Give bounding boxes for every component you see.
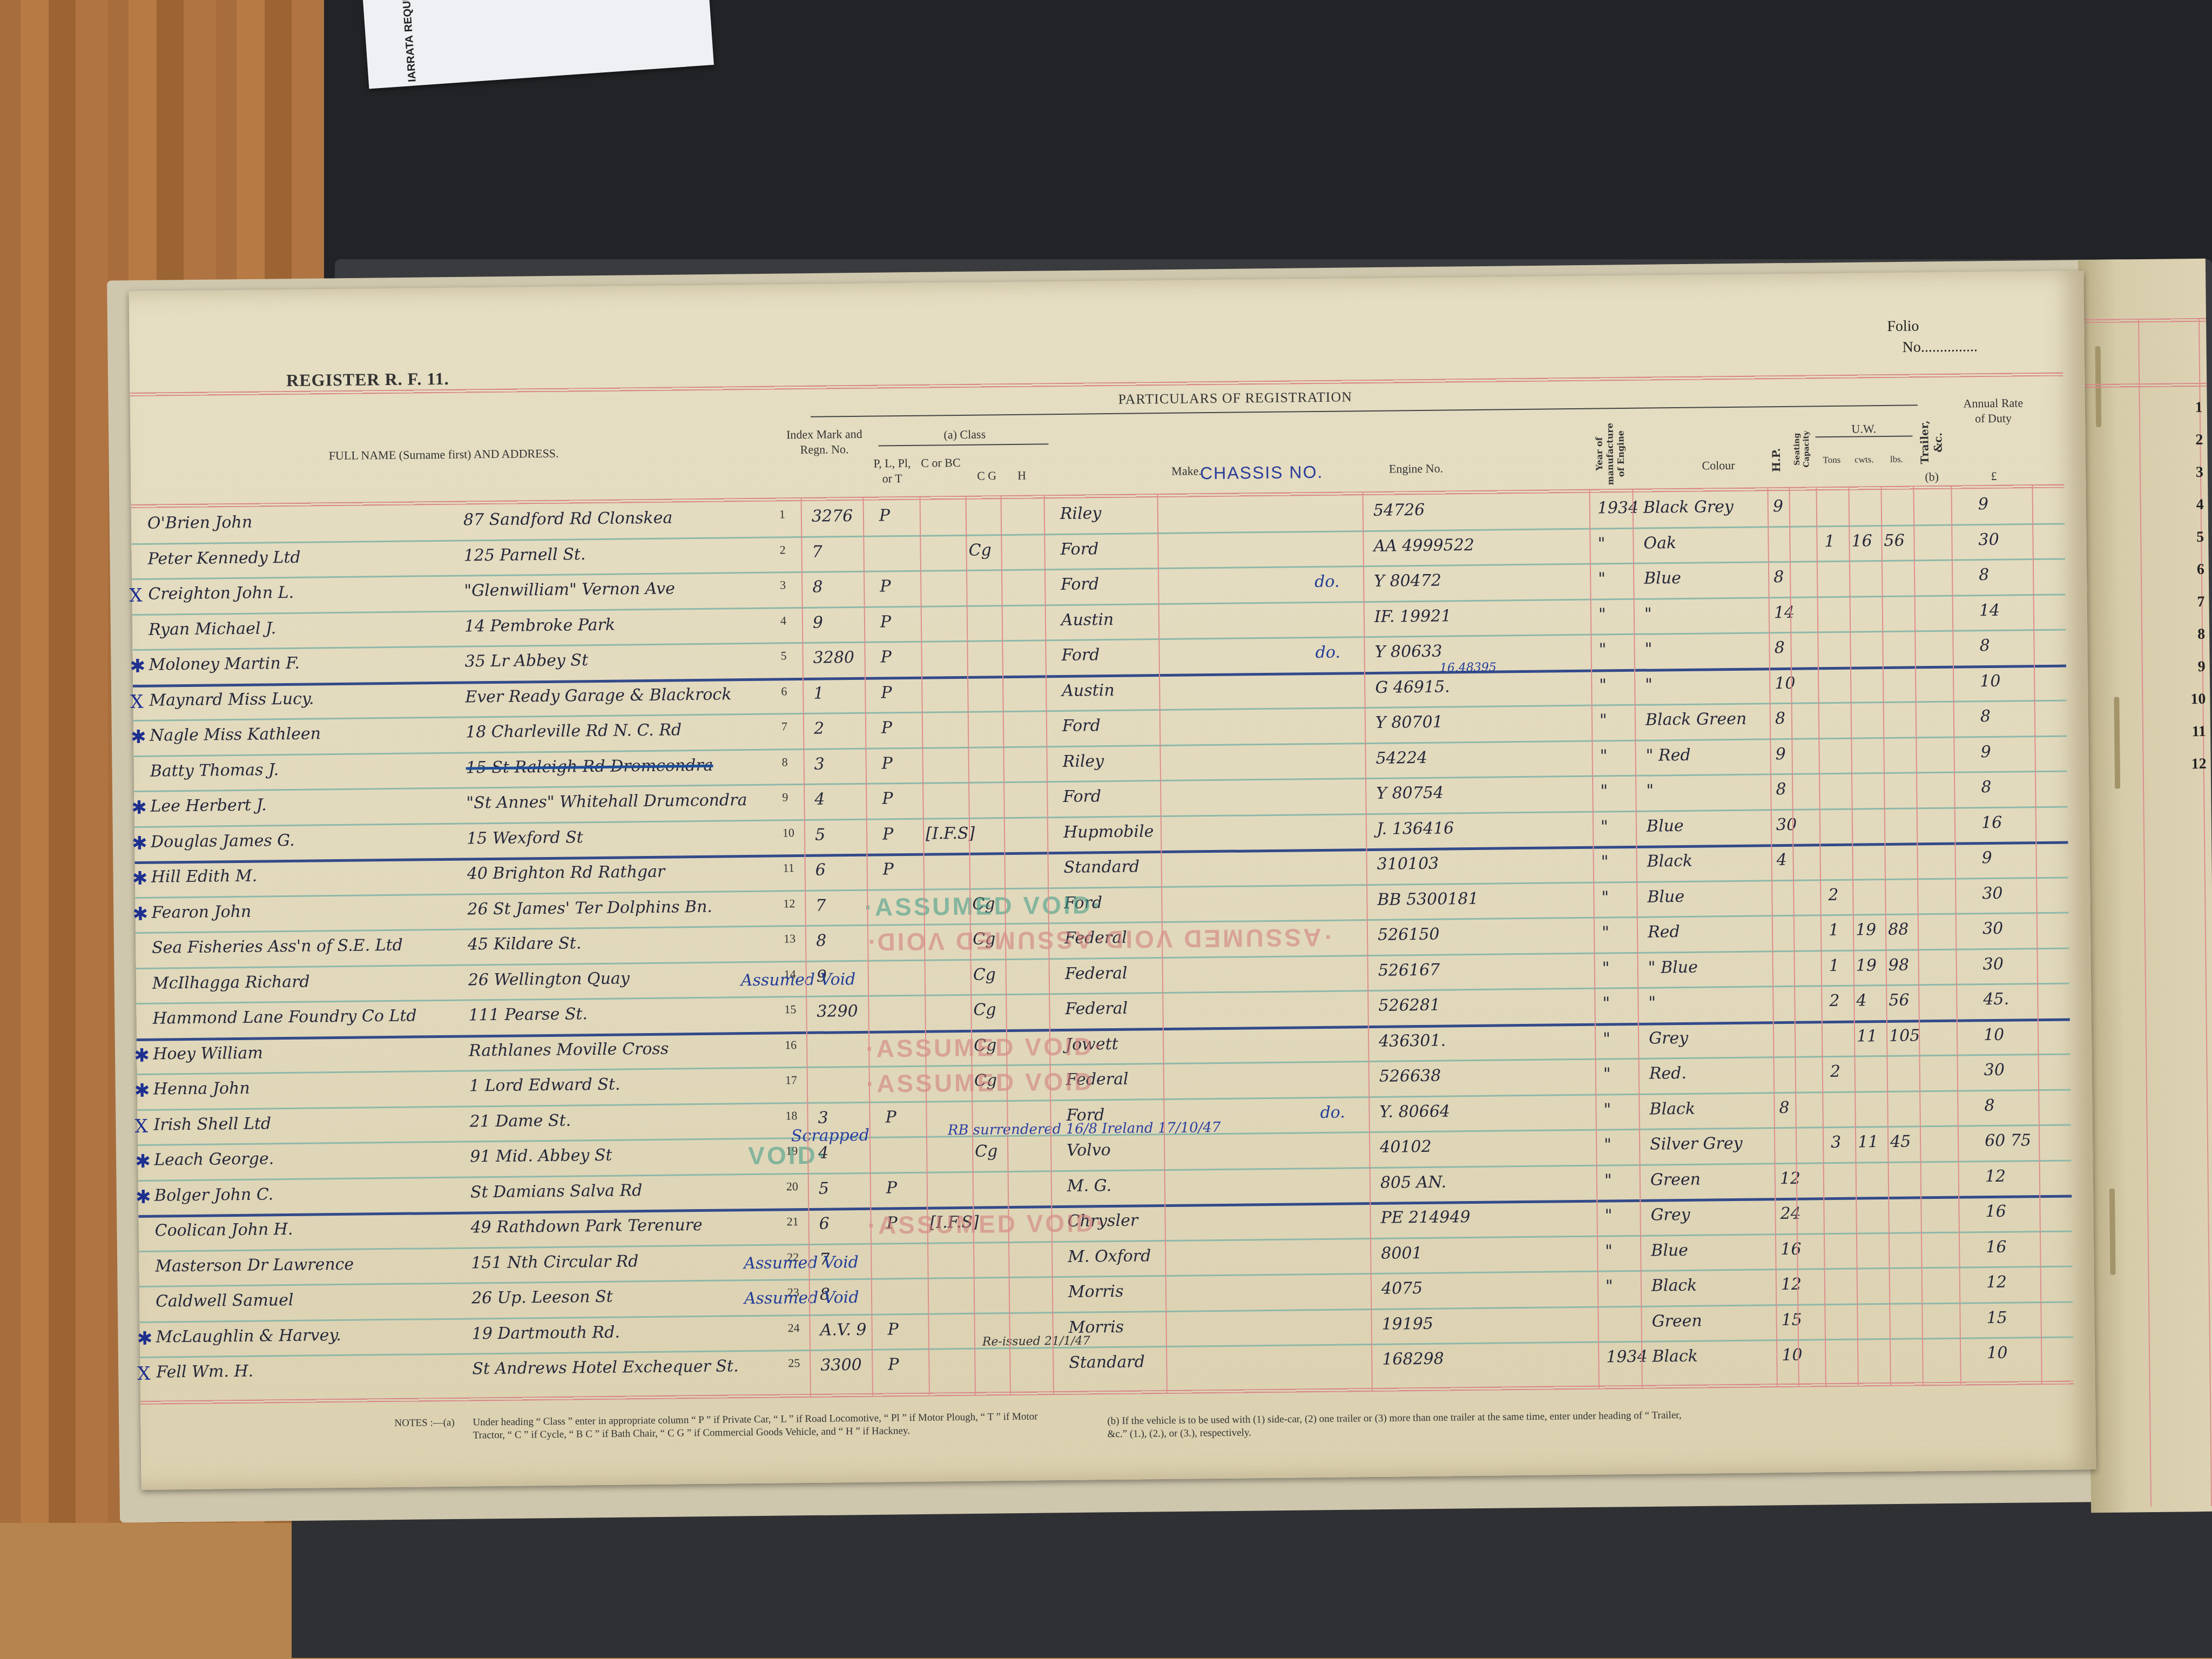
cell-colour: " bbox=[1644, 604, 1652, 623]
facing-line-number: 11 bbox=[2191, 723, 2206, 740]
cell-address: 26 St James' Ter Dolphins Bn. bbox=[467, 897, 712, 919]
reissued-annotation: Re-issued 21/1/47 bbox=[982, 1334, 1090, 1348]
cell-address: 15 St Raleigh Rd Dromcondra bbox=[466, 756, 713, 777]
cell-tons: 2 bbox=[1830, 1062, 1840, 1081]
cell-name: Irish Shell Ltd bbox=[153, 1114, 271, 1134]
cell-address: 14 Pembroke Park bbox=[464, 615, 615, 636]
cell-name: Caldwell Samuel bbox=[156, 1291, 294, 1311]
header-duty-unit: £ bbox=[1961, 468, 2026, 484]
cell-n: 21 bbox=[786, 1215, 798, 1229]
cell-regn: 8 bbox=[816, 932, 826, 950]
cell-cwts: 19 bbox=[1856, 956, 1877, 975]
cell-mark: ✱ bbox=[132, 903, 148, 925]
cell-engine: 54224 bbox=[1375, 748, 1427, 767]
header-name-address: FULL NAME (Surname first) AND ADDRESS. bbox=[282, 446, 606, 464]
header-class-cg: C G bbox=[970, 468, 1003, 483]
cell-engine: 526281 bbox=[1378, 996, 1440, 1015]
cell-n: 9 bbox=[782, 790, 788, 804]
cell-duty: 15 bbox=[1986, 1308, 2007, 1327]
cell-colour: Green bbox=[1650, 1170, 1701, 1189]
cell-year: " bbox=[1602, 923, 1609, 942]
cell-n: 25 bbox=[788, 1356, 800, 1370]
cell-year: " bbox=[1600, 711, 1607, 730]
cell-plt: P bbox=[880, 648, 892, 666]
notes-a: NOTES :—(a) Under heading “ Class ” ente… bbox=[394, 1410, 1058, 1442]
cell-engine: AA 4999522 bbox=[1373, 535, 1474, 555]
register-title: REGISTER R. F. 11. bbox=[286, 369, 449, 390]
assumed-void-annotation: Assumed Void bbox=[744, 1288, 859, 1308]
cell-n: 3 bbox=[780, 578, 786, 592]
cell-n: 24 bbox=[788, 1321, 800, 1335]
cell-duty: 30 bbox=[1978, 530, 1999, 549]
cell-duty: 8 bbox=[1979, 636, 1990, 655]
cell-address: 35 Lr Abbey St bbox=[465, 651, 589, 671]
void-stamp: ·ASSUMED VOID· bbox=[866, 1031, 1104, 1063]
facing-line-number: 8 bbox=[2197, 626, 2205, 643]
cell-lbs: 56 bbox=[1889, 991, 1910, 1010]
cell-address: 26 Up. Leeson St bbox=[471, 1287, 613, 1308]
cell-colour: Blue bbox=[1647, 816, 1684, 835]
cell-regn: 9 bbox=[813, 613, 823, 632]
cell-engine: 526638 bbox=[1379, 1067, 1441, 1086]
cell-year: " bbox=[1601, 852, 1609, 871]
cell-address: 91 Mid. Abbey St bbox=[470, 1146, 612, 1166]
cell-tons: 1 bbox=[1824, 531, 1835, 550]
cell-colour: Blue bbox=[1651, 1240, 1688, 1260]
cell-plt: P bbox=[888, 1320, 899, 1339]
cell-tons: 2 bbox=[1828, 885, 1838, 904]
cell-duty: 12 bbox=[1985, 1166, 2006, 1185]
cell-mark: ✱ bbox=[135, 1151, 151, 1172]
cell-name: Fell Wm. H. bbox=[156, 1362, 253, 1382]
cell-mark: ✱ bbox=[130, 656, 146, 677]
cell-mark: ✱ bbox=[136, 1186, 151, 1208]
cell-lbs: 105 bbox=[1889, 1026, 1920, 1046]
cell-colour: Black bbox=[1652, 1347, 1698, 1366]
cell-engine: 168298 bbox=[1382, 1350, 1444, 1369]
cell-colour: " bbox=[1648, 993, 1656, 1012]
notes-label: NOTES :—(a) bbox=[394, 1417, 455, 1430]
cell-duty: 12 bbox=[1986, 1273, 2007, 1292]
cell-n: 18 bbox=[785, 1109, 797, 1123]
cell-engine: 8001 bbox=[1381, 1244, 1422, 1263]
facing-line-number: 3 bbox=[2196, 464, 2203, 481]
cell-regn: 3300 bbox=[820, 1355, 862, 1375]
cell-n: 5 bbox=[780, 649, 786, 663]
cell-n: 15 bbox=[784, 1002, 796, 1016]
cell-name: Batty Thomas J. bbox=[150, 760, 279, 780]
class-underline bbox=[879, 443, 1049, 446]
cell-n: 8 bbox=[782, 755, 788, 769]
void-stamp: ·ASSUMED VOID bbox=[866, 1067, 1095, 1098]
cell-regn: 7 bbox=[815, 896, 826, 915]
facing-page-rule bbox=[2079, 383, 2207, 388]
cell-make: Standard bbox=[1069, 1352, 1145, 1372]
cell-year: " bbox=[1606, 1277, 1613, 1296]
cell-hp: 10 bbox=[1782, 1346, 1803, 1365]
header-class-cbc: C or BC bbox=[919, 455, 962, 470]
notes-a-text: Under heading “ Class ” enter in appropr… bbox=[394, 1410, 1058, 1442]
cell-engine: 310103 bbox=[1377, 854, 1439, 874]
cell-engine: 436301. bbox=[1379, 1031, 1446, 1050]
cell-plt: P bbox=[886, 1178, 898, 1197]
cell-name: Hoey William bbox=[153, 1043, 263, 1063]
cell-lbs: 98 bbox=[1889, 955, 1910, 974]
cell-year: " bbox=[1599, 676, 1607, 694]
cell-make: Austin bbox=[1062, 680, 1115, 700]
header-uw-lbs: lbs. bbox=[1880, 453, 1913, 465]
cell-make-note: do. bbox=[1314, 572, 1340, 591]
cell-plt: P bbox=[879, 506, 891, 525]
header-annual-duty: Annual Rate of Duty bbox=[1961, 395, 2026, 426]
cell-colour: " Blue bbox=[1648, 957, 1698, 977]
cell-colour: Black Grey bbox=[1643, 497, 1734, 517]
cell-name: Peter Kennedy Ltd bbox=[147, 548, 300, 568]
cell-duty: 30 bbox=[1984, 1061, 2005, 1080]
cell-address: 111 Pearse St. bbox=[468, 1004, 588, 1024]
cell-year: " bbox=[1603, 1029, 1610, 1048]
cell-address: Rathlanes Moville Cross bbox=[469, 1039, 669, 1060]
cell-regn: A.V. 9 bbox=[820, 1320, 867, 1339]
engine-number-correction: 16.48395 bbox=[1440, 660, 1496, 675]
header-engine-no: Engine No. bbox=[1362, 461, 1470, 477]
cell-regn: 5 bbox=[815, 825, 825, 844]
cell-engine: IF. 19921 bbox=[1374, 606, 1452, 626]
header-uw-cwts: cwts. bbox=[1848, 454, 1880, 466]
facing-line-number: 1 bbox=[2195, 399, 2203, 416]
cell-colour: " bbox=[1644, 640, 1652, 659]
cell-name: Bolger John C. bbox=[154, 1185, 274, 1205]
cell-hp: 8 bbox=[1775, 709, 1785, 728]
cell-name: Hammond Lane Foundry Co Ltd bbox=[152, 1007, 416, 1028]
cell-year: " bbox=[1601, 888, 1609, 907]
cell-year: " bbox=[1598, 569, 1606, 588]
cell-colour: Grey bbox=[1650, 1205, 1690, 1225]
header-colour: Colour bbox=[1659, 457, 1778, 474]
cell-address: 49 Rathdown Park Terenure bbox=[470, 1216, 702, 1237]
facing-line-number: 5 bbox=[2196, 529, 2204, 546]
cell-year: " bbox=[1604, 1171, 1612, 1190]
facing-page: 123456789101112 bbox=[2078, 259, 2212, 1513]
void-stamp: ·ASSUMED VOID· bbox=[864, 890, 1103, 922]
cell-make: Morris bbox=[1068, 1282, 1124, 1301]
cell-hp: 9 bbox=[1773, 497, 1783, 516]
cell-cg: Cg bbox=[968, 541, 992, 559]
cell-colour: " bbox=[1645, 675, 1653, 694]
cell-n: 1 bbox=[779, 507, 785, 521]
cell-make: Federal bbox=[1065, 963, 1128, 983]
cell-duty: 10 bbox=[1984, 1025, 2005, 1044]
cell-lbs: 56 bbox=[1884, 531, 1905, 550]
cell-tons: 1 bbox=[1829, 921, 1839, 940]
cell-mark: ✱ bbox=[134, 1080, 150, 1102]
header-year: Year of manufacture of Engine bbox=[1594, 421, 1621, 487]
cell-make: Standard bbox=[1064, 857, 1140, 876]
cell-address: 26 Wellington Quay bbox=[468, 969, 630, 989]
cell-n: 17 bbox=[785, 1073, 797, 1087]
cell-name: Henna John bbox=[153, 1079, 250, 1099]
cell-year: " bbox=[1604, 1135, 1611, 1154]
cell-regn: 3 bbox=[814, 754, 825, 773]
cell-address: 19 Dartmouth Rd. bbox=[472, 1323, 620, 1343]
header-uw: U.W. bbox=[1837, 421, 1891, 437]
cell-plt: P bbox=[880, 577, 891, 596]
void-stamp: ·ASSUMED VOID· bbox=[867, 1208, 1106, 1240]
cell-n: 16 bbox=[785, 1038, 797, 1052]
cell-address: 21 Dame St. bbox=[469, 1111, 571, 1131]
cell-tons: 3 bbox=[1831, 1133, 1841, 1152]
cell-duty: 16 bbox=[1985, 1202, 2006, 1221]
cell-year: " bbox=[1599, 605, 1606, 624]
cell-hp: 10 bbox=[1775, 673, 1796, 692]
cell-duty: 14 bbox=[1979, 601, 2000, 619]
cell-name: Sea Fisheries Ass'n of S.E. Ltd bbox=[152, 936, 403, 957]
cell-mark: ✱ bbox=[132, 832, 147, 854]
cell-n: 4 bbox=[780, 613, 786, 628]
cell-colour: " Red bbox=[1645, 745, 1690, 765]
cell-make: Hupmobile bbox=[1063, 822, 1154, 842]
cell-colour: Green bbox=[1651, 1311, 1702, 1331]
cell-year: " bbox=[1601, 817, 1608, 836]
cell-colour: Oak bbox=[1643, 534, 1676, 553]
cell-engine: 4075 bbox=[1381, 1279, 1423, 1298]
cell-plt: P bbox=[883, 860, 894, 879]
foam-pad-bottom bbox=[292, 1496, 2212, 1658]
cell-colour: Red bbox=[1648, 922, 1680, 942]
cell-duty: 16 bbox=[1981, 813, 2002, 832]
cell-n: 7 bbox=[781, 719, 787, 733]
cell-name: Moloney Martin F. bbox=[149, 654, 300, 675]
scrapped-annotation: Scrapped bbox=[791, 1126, 869, 1146]
cell-engine: G 46915. bbox=[1375, 677, 1450, 697]
cell-regn: 3 bbox=[818, 1108, 828, 1127]
cell-n: 2 bbox=[779, 543, 785, 557]
cell-name: Douglas James G. bbox=[151, 831, 295, 851]
cell-colour: Silver Grey bbox=[1650, 1134, 1743, 1154]
cell-cwts: 19 bbox=[1856, 920, 1877, 939]
cell-name: Nagle Miss Kathleen bbox=[150, 724, 321, 745]
cell-engine: Y 80472 bbox=[1374, 571, 1441, 591]
facing-line-number: 10 bbox=[2190, 691, 2206, 708]
cell-year: " bbox=[1602, 959, 1610, 977]
cell-name: Creighton John L. bbox=[148, 583, 294, 604]
surrendered-annotation: RB surrendered 16/8 Ireland 17/10/47 bbox=[948, 1120, 1221, 1138]
cell-cg: Cg bbox=[973, 1000, 996, 1019]
cell-duty: 16 bbox=[1986, 1237, 2007, 1256]
cell-make: Ford bbox=[1060, 539, 1098, 559]
facing-line-number: 12 bbox=[2191, 756, 2206, 773]
cell-duty: 10 bbox=[1987, 1344, 2008, 1363]
cell-mark: X bbox=[137, 1363, 151, 1385]
particulars-heading: PARTICULARS OF REGISTRATION bbox=[1118, 389, 1353, 408]
cell-duty: 9 bbox=[1981, 848, 1992, 867]
cell-name: Masterson Dr Lawrence bbox=[155, 1255, 354, 1276]
cell-regn: 4 bbox=[814, 790, 825, 809]
cell-plt: P bbox=[880, 612, 892, 631]
facing-line-number: 2 bbox=[2195, 431, 2203, 449]
chassis-no-annotation: CHASSIS NO. bbox=[1200, 462, 1324, 483]
facing-page-column-line bbox=[2138, 319, 2152, 1507]
cell-engine: 526167 bbox=[1378, 960, 1440, 980]
header-hp: H.P. bbox=[1770, 441, 1786, 479]
cell-engine: Y 80754 bbox=[1376, 784, 1444, 803]
facing-line-number: 7 bbox=[2197, 594, 2204, 611]
header-class-h: H bbox=[1006, 468, 1038, 483]
cell-plt: P bbox=[882, 754, 893, 773]
cell-engine: PE 214949 bbox=[1380, 1208, 1471, 1228]
cell-n: 12 bbox=[783, 896, 795, 911]
cell-make: M. Oxford bbox=[1068, 1246, 1151, 1266]
cell-address: 87 Sandford Rd Clonskea bbox=[463, 508, 673, 529]
cell-make: Volvo bbox=[1067, 1141, 1111, 1160]
cell-cg: Cg bbox=[973, 965, 996, 984]
cell-address: Ever Ready Garage & Blackrock bbox=[465, 685, 731, 706]
cell-address: 45 Kildare St. bbox=[468, 934, 582, 954]
cell-tons: 2 bbox=[1829, 992, 1839, 1010]
cell-lbs: 45 bbox=[1890, 1132, 1911, 1151]
cell-name: Ryan Michael J. bbox=[149, 619, 276, 639]
cell-engine: 19195 bbox=[1381, 1314, 1433, 1333]
notes-b: (b) If the vehicle is to be used with (1… bbox=[1107, 1409, 1701, 1441]
cell-mark: X bbox=[134, 1115, 148, 1137]
folio-no-label: No............... bbox=[1887, 336, 1978, 358]
cell-address: 18 Charleville Rd N. C. Rd bbox=[466, 720, 682, 741]
cell-mark: ✱ bbox=[131, 797, 147, 819]
facing-line-number: 4 bbox=[2196, 496, 2203, 514]
cell-duty: 8 bbox=[1979, 565, 1989, 584]
cell-regn: 1 bbox=[813, 684, 824, 703]
cell-mark: ✱ bbox=[134, 1044, 150, 1066]
cell-engine: Y. 80664 bbox=[1379, 1102, 1450, 1121]
cell-make: Austin bbox=[1061, 610, 1114, 629]
cell-cwts: 4 bbox=[1856, 991, 1866, 1010]
cell-n: 20 bbox=[786, 1179, 798, 1193]
cell-address: "St Annes" Whitehall Drumcondra bbox=[466, 791, 747, 812]
cell-cwts: 16 bbox=[1851, 531, 1872, 550]
cell-engine: 805 AN. bbox=[1380, 1172, 1447, 1192]
cell-year: " bbox=[1604, 1206, 1612, 1225]
cell-make: Ford bbox=[1063, 787, 1101, 806]
cell-year: " bbox=[1603, 1064, 1611, 1083]
cell-regn: 3276 bbox=[812, 507, 853, 526]
cell-year: " bbox=[1603, 1100, 1611, 1119]
cell-duty: 8 bbox=[1981, 778, 1991, 797]
cell-colour: " bbox=[1646, 781, 1654, 800]
facing-line-number: 6 bbox=[2197, 561, 2204, 578]
cell-regn: 8 bbox=[812, 578, 822, 597]
facing-page-rule bbox=[2079, 318, 2206, 323]
cell-year: " bbox=[1600, 781, 1608, 800]
cell-colour: Blue bbox=[1647, 887, 1684, 906]
cell-engine: Y 80633 bbox=[1374, 642, 1442, 662]
cell-duty: 10 bbox=[1980, 671, 2001, 690]
cell-duty: 8 bbox=[1980, 707, 1991, 726]
cell-duty: 9 bbox=[1978, 495, 1988, 514]
cell-cbc: [I.F.S] bbox=[926, 824, 975, 843]
cell-n: 6 bbox=[781, 684, 787, 698]
cell-duty: 45. bbox=[1983, 990, 2009, 1009]
cell-name: O'Brien John bbox=[147, 513, 253, 533]
cell-mark: ✱ bbox=[132, 868, 148, 889]
cell-make: Federal bbox=[1065, 999, 1128, 1019]
cell-engine: 526150 bbox=[1378, 925, 1440, 945]
cell-regn: 5 bbox=[819, 1179, 829, 1198]
cell-n: 11 bbox=[783, 861, 794, 875]
cell-year: " bbox=[1600, 746, 1607, 765]
cell-hp: 12 bbox=[1780, 1169, 1801, 1188]
cell-mark: X bbox=[129, 585, 143, 606]
cell-plt: P bbox=[888, 1355, 899, 1374]
cell-duty: 30 bbox=[1983, 954, 2004, 973]
cell-mark: X bbox=[130, 691, 144, 712]
header-uw-tons: Tons bbox=[1816, 454, 1848, 466]
cell-year: " bbox=[1599, 640, 1606, 659]
register-page: REGISTER R. F. 11. Folio No.............… bbox=[129, 271, 2096, 1490]
cell-address: St Andrews Hotel Exchequer St. bbox=[472, 1357, 739, 1378]
cell-address: 151 Nth Circular Rd bbox=[471, 1252, 638, 1272]
cell-colour: Red. bbox=[1649, 1064, 1687, 1083]
cell-mark: ✱ bbox=[137, 1327, 153, 1349]
cell-make: Riley bbox=[1063, 752, 1104, 771]
cell-make: Ford bbox=[1061, 645, 1100, 665]
cell-engine: J. 136416 bbox=[1377, 819, 1454, 838]
header-trailer: Trailer, &c. bbox=[1918, 415, 1940, 469]
cell-engine: 40102 bbox=[1380, 1137, 1432, 1157]
cell-plt: P bbox=[882, 789, 893, 808]
header-trailer-note: (b) bbox=[1918, 469, 1945, 484]
cell-hp: 4 bbox=[1776, 851, 1786, 869]
cell-name: Fearon John bbox=[151, 902, 251, 922]
cell-year: " bbox=[1602, 994, 1610, 1013]
cell-regn: 3290 bbox=[817, 1002, 858, 1021]
cell-n: 10 bbox=[783, 826, 794, 840]
binding-stitch bbox=[2109, 1189, 2116, 1275]
cell-engine: Y 80701 bbox=[1375, 713, 1443, 732]
cell-address: 40 Brighton Rd Rathgar bbox=[467, 862, 665, 884]
cell-name: Coolican John H. bbox=[155, 1220, 293, 1240]
cell-regn: 6 bbox=[819, 1215, 829, 1233]
cell-name: Leach George. bbox=[154, 1149, 274, 1169]
cell-address: 1 Lord Edward St. bbox=[469, 1075, 621, 1096]
cell-regn: 3280 bbox=[813, 648, 854, 667]
cell-name: Hill Edith M. bbox=[151, 867, 258, 887]
cell-lbs: 88 bbox=[1888, 920, 1909, 939]
cell-hp: 14 bbox=[1774, 603, 1795, 622]
cell-colour: Grey bbox=[1649, 1028, 1688, 1048]
cell-name: Maynard Miss Lucy. bbox=[149, 689, 314, 710]
cell-address: "Glenwilliam" Vernon Ave bbox=[464, 579, 675, 600]
cell-regn: 2 bbox=[814, 719, 824, 738]
cell-duty: 8 bbox=[1984, 1096, 1994, 1115]
cell-duty: 60 75 bbox=[1985, 1131, 2031, 1150]
cell-year: " bbox=[1605, 1242, 1613, 1260]
cell-engine: 54726 bbox=[1373, 501, 1425, 520]
cell-colour: Black bbox=[1651, 1276, 1697, 1296]
cell-name: Lee Herbert J. bbox=[150, 795, 267, 815]
cell-hp: 15 bbox=[1781, 1310, 1802, 1329]
cell-year: " bbox=[1597, 534, 1605, 553]
cell-name: McLaughlin & Harvey. bbox=[156, 1326, 341, 1347]
cell-hp: 9 bbox=[1775, 744, 1785, 763]
cell-duty: 9 bbox=[1980, 742, 1991, 761]
cell-make-note: do. bbox=[1320, 1103, 1345, 1122]
header-class: (a) Class bbox=[881, 426, 1048, 443]
cell-address: 15 Wexford St bbox=[467, 828, 583, 848]
cell-hp: 12 bbox=[1781, 1275, 1802, 1294]
header-index-mark: Index Mark and Regn. No. bbox=[784, 427, 865, 457]
cell-make: Ford bbox=[1062, 716, 1101, 736]
cell-hp: 30 bbox=[1776, 815, 1797, 834]
